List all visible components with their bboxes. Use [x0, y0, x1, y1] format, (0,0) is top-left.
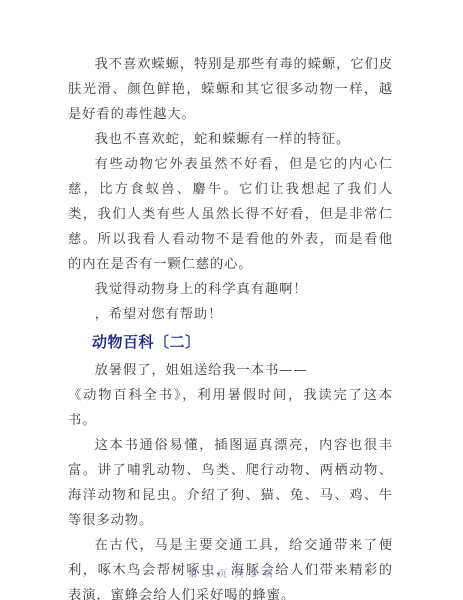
paragraph-science-fun: 我觉得动物身上的科学真有趣啊！ [68, 277, 393, 302]
page-number-footer: 第 3 页 共 5 页 [0, 566, 463, 580]
document-page: 我不喜欢蝾螈，特别是那些有毒的蝾螈，它们皮肤光滑、颜色鲜艳，蝾螈和其它很多动物一… [68, 52, 393, 600]
section-heading: 动物百科〔二〕 [92, 329, 393, 355]
paragraph-snake: 我也不喜欢蛇，蛇和蝾螈有一样的特征。 [68, 127, 393, 152]
paragraph-book-title: 《动物百科全书》，利用暑假时间，我读完了这本书。 [68, 383, 393, 433]
paragraph-inner-kindness: 有些动物它外表虽然不好看，但是它的内心仁慈，比方食蚁兽、麝牛。它们让我想起了我们… [68, 152, 393, 277]
paragraph-book-content: 这本书通俗易懂，插图逼真漂亮，内容也很丰富。讲了哺乳动物、鸟类、爬行动物、两栖动… [68, 433, 393, 533]
paragraph-hope-helpful: ，希望对您有帮助！ [68, 302, 393, 327]
paragraph-summer-gift: 放暑假了，姐姐送给我一本书—— [68, 358, 393, 383]
paragraph-salamander: 我不喜欢蝾螈，特别是那些有毒的蝾螈，它们皮肤光滑、颜色鲜艳，蝾螈和其它很多动物一… [68, 52, 393, 127]
